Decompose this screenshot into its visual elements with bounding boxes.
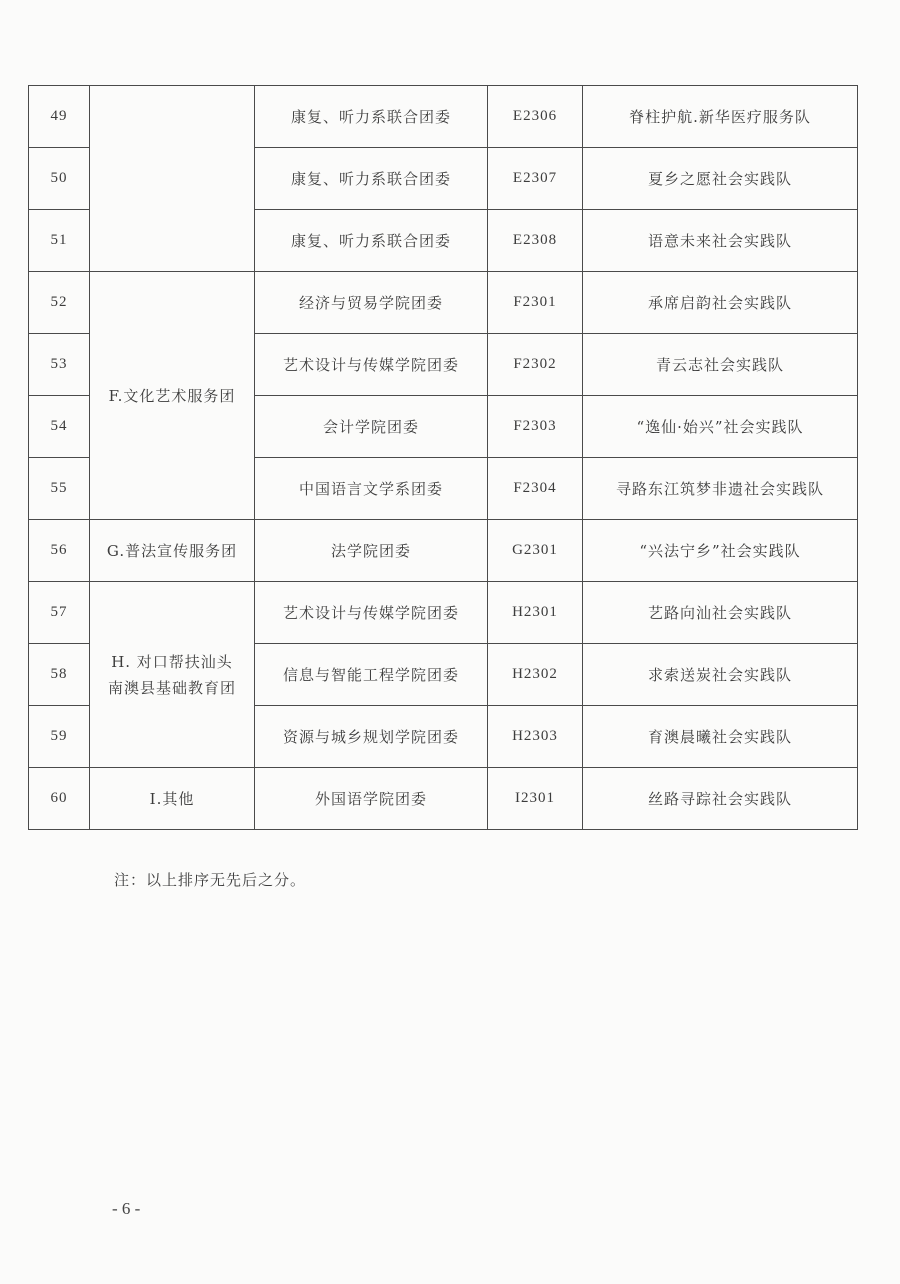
unit-cell: 信息与智能工程学院团委 [255,644,488,706]
group-h-line2: 南澳县基础教育团 [90,675,254,701]
code-cell: F2302 [488,334,583,396]
team-cell: “兴法宁乡”社会实践队 [583,520,858,582]
table-row: 57 H. 对口帮扶汕头 南澳县基础教育团 艺术设计与传媒学院团委 H2301 … [29,582,858,644]
team-cell: “逸仙·始兴”社会实践队 [583,396,858,458]
group-cell-g: G.普法宣传服务团 [90,520,255,582]
row-number: 58 [29,644,90,706]
team-cell: 夏乡之愿社会实践队 [583,148,858,210]
team-cell: 求索送炭社会实践队 [583,644,858,706]
row-number: 51 [29,210,90,272]
unit-cell: 康复、听力系联合团委 [255,148,488,210]
unit-cell: 康复、听力系联合团委 [255,86,488,148]
group-cell-f: F.文化艺术服务团 [90,272,255,520]
table-row: 56 G.普法宣传服务团 法学院团委 G2301 “兴法宁乡”社会实践队 [29,520,858,582]
code-cell: F2304 [488,458,583,520]
unit-cell: 中国语言文学系团委 [255,458,488,520]
code-cell: E2308 [488,210,583,272]
team-cell: 脊柱护航.新华医疗服务队 [583,86,858,148]
unit-cell: 外国语学院团委 [255,768,488,830]
team-cell: 丝路寻踪社会实践队 [583,768,858,830]
row-number: 49 [29,86,90,148]
group-cell-h: H. 对口帮扶汕头 南澳县基础教育团 [90,582,255,768]
unit-cell: 艺术设计与传媒学院团委 [255,334,488,396]
team-cell: 艺路向汕社会实践队 [583,582,858,644]
group-cell-e [90,86,255,272]
unit-cell: 法学院团委 [255,520,488,582]
page-number: - 6 - [112,1199,140,1219]
table-row: 60 I.其他 外国语学院团委 I2301 丝路寻踪社会实践队 [29,768,858,830]
team-cell: 育澳晨曦社会实践队 [583,706,858,768]
row-number: 53 [29,334,90,396]
table-row: 52 F.文化艺术服务团 经济与贸易学院团委 F2301 承席启韵社会实践队 [29,272,858,334]
unit-cell: 康复、听力系联合团委 [255,210,488,272]
unit-cell: 资源与城乡规划学院团委 [255,706,488,768]
team-cell: 语意未来社会实践队 [583,210,858,272]
code-cell: F2303 [488,396,583,458]
unit-cell: 艺术设计与传媒学院团委 [255,582,488,644]
code-cell: E2307 [488,148,583,210]
row-number: 52 [29,272,90,334]
code-cell: H2303 [488,706,583,768]
team-cell: 承席启韵社会实践队 [583,272,858,334]
group-h-line1: H. 对口帮扶汕头 [90,649,254,675]
team-list-table: 49 康复、听力系联合团委 E2306 脊柱护航.新华医疗服务队 50 康复、听… [28,85,858,830]
footnote: 注：以上排序无先后之分。 [114,869,306,890]
row-number: 55 [29,458,90,520]
code-cell: I2301 [488,768,583,830]
team-cell: 青云志社会实践队 [583,334,858,396]
row-number: 56 [29,520,90,582]
row-number: 50 [29,148,90,210]
team-cell: 寻路东江筑梦非遗社会实践队 [583,458,858,520]
code-cell: F2301 [488,272,583,334]
table-row: 49 康复、听力系联合团委 E2306 脊柱护航.新华医疗服务队 [29,86,858,148]
row-number: 60 [29,768,90,830]
code-cell: H2302 [488,644,583,706]
row-number: 59 [29,706,90,768]
unit-cell: 经济与贸易学院团委 [255,272,488,334]
unit-cell: 会计学院团委 [255,396,488,458]
group-cell-i: I.其他 [90,768,255,830]
code-cell: E2306 [488,86,583,148]
row-number: 57 [29,582,90,644]
code-cell: H2301 [488,582,583,644]
row-number: 54 [29,396,90,458]
code-cell: G2301 [488,520,583,582]
